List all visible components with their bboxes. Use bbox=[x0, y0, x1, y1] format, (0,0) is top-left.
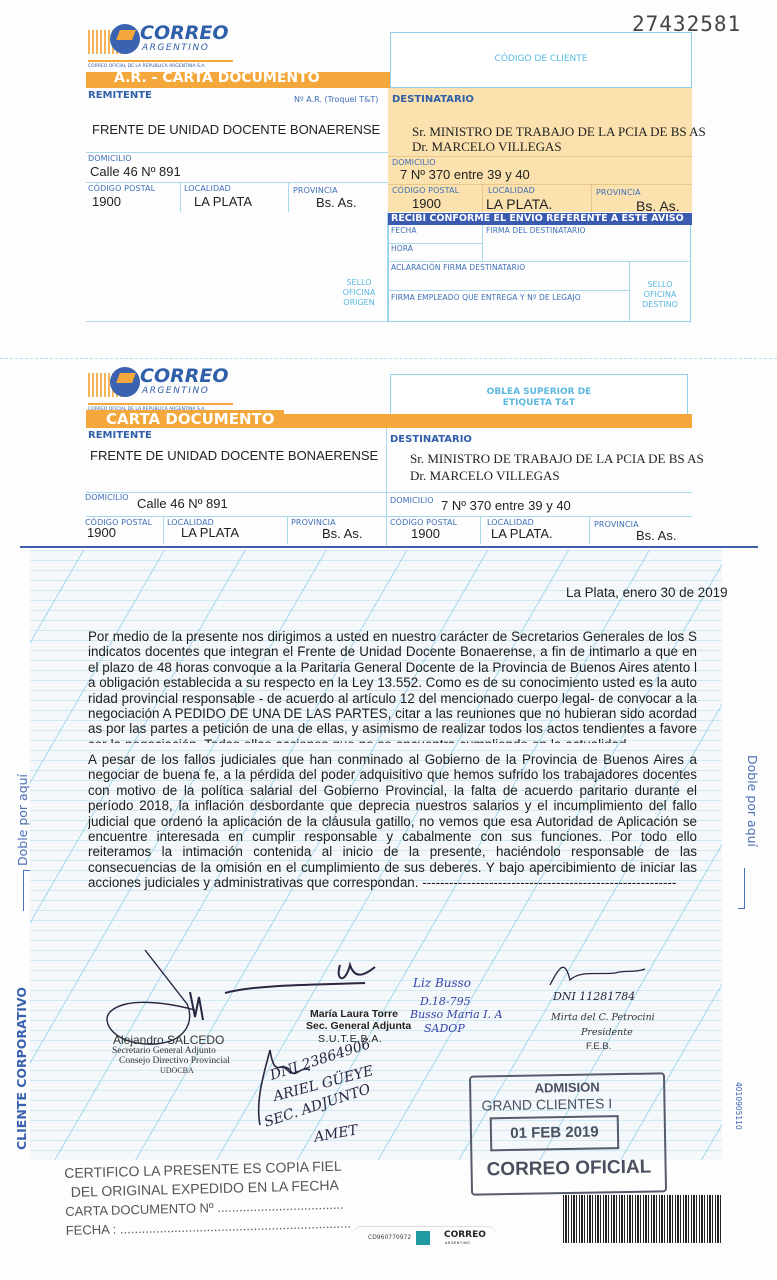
logo-subtitle: CORREO OFICIAL DE LA REPUBLICA ARGENTINA… bbox=[88, 60, 233, 69]
cd-rem-provincia: Bs. As. bbox=[322, 526, 362, 541]
sig-torre-title: Sec. General Adjunta bbox=[306, 1020, 411, 1032]
ar-remitente-name: FRENTE DE UNIDAD DOCENTE BONAERENSE bbox=[92, 122, 380, 137]
client-code-label: CÓDIGO DE CLIENTE bbox=[391, 54, 691, 64]
aclaracion-label: ACLARACIÓN FIRMA DESTINATARIO bbox=[391, 263, 525, 272]
ar-destinatario-line2: Dr. MARCELO VILLEGAS bbox=[412, 139, 562, 155]
sig-busso-1: Liz Busso bbox=[413, 976, 471, 990]
stamp-footer: CORREO OFICIAL bbox=[486, 1157, 651, 1182]
admission-stamp: ADMISION GRAND CLIENTES I 01 FEB 2019 CO… bbox=[469, 1072, 667, 1195]
cd-dest-localidad: LA PLATA. bbox=[491, 526, 553, 541]
ar-rem-domicilio-label: DOMICILIO bbox=[88, 154, 132, 163]
ar-rem-provincia: Bs. As. bbox=[316, 195, 356, 210]
fold-label-left: Doble por aquí bbox=[15, 774, 30, 866]
side-code-text: 4010905110 bbox=[734, 1082, 743, 1130]
cd-rem-cp: 1900 bbox=[87, 525, 116, 540]
sig-salcedo-org1: Consejo Directivo Provincial bbox=[119, 1056, 230, 1066]
ar-destinatario-line1: Sr. MINISTRO DE TRABAJO DE LA PCIA DE BS… bbox=[412, 124, 706, 140]
ar-dest-domicilio-label: DOMICILIO bbox=[392, 158, 436, 167]
stamp-line1: ADMISION bbox=[471, 1078, 663, 1096]
cd-rem-domicilio: Calle 46 Nº 891 bbox=[137, 496, 228, 511]
ar-dest-localidad-label: LOCALIDAD bbox=[488, 186, 535, 195]
cd-rem-domicilio-label: DOMICILIO bbox=[85, 493, 129, 502]
ar-dest-cp: 1900 bbox=[412, 196, 441, 211]
cd-rem-localidad: LA PLATA bbox=[181, 525, 239, 540]
ar-remitente-label: REMITENTE bbox=[88, 90, 152, 101]
firma-empleado-label: FIRMA EMPLEADO QUE ENTREGA Y Nº DE LEGAJ… bbox=[391, 293, 581, 302]
sig-petrocini-name: Mirta del C. Petrocini bbox=[551, 1012, 655, 1023]
stamp-date-box: 01 FEB 2019 bbox=[490, 1115, 620, 1151]
sello-origen-label: SELLO OFICINA ORIGEN bbox=[336, 278, 382, 308]
cd-dest-domicilio-label: DOMICILIO bbox=[390, 496, 434, 505]
sig-salcedo-name: Alejandro SALCEDO bbox=[113, 1033, 224, 1047]
fold-right-text: Doble por aquí bbox=[745, 755, 760, 847]
ar-title: A.R. - CARTA DOCUMENTO bbox=[114, 70, 320, 86]
letter-place-date: La Plata, enero 30 de 2019 bbox=[566, 585, 728, 600]
tracking-code: CD960770972 bbox=[368, 1234, 411, 1241]
ar-dest-provincia-label: PROVINCIA bbox=[596, 188, 641, 197]
fecha-field[interactable] bbox=[389, 234, 483, 243]
cd-dest-provincia-label: PROVINCIA bbox=[594, 520, 639, 529]
cd-destinatario-line2: Dr. MARCELO VILLEGAS bbox=[410, 468, 560, 484]
cd-remitente-name: FRENTE DE UNIDAD DOCENTE BONAERENSE bbox=[90, 448, 378, 463]
side-code: 4010905110 bbox=[734, 1082, 743, 1130]
ar-destinatario-label: DESTINATARIO bbox=[392, 94, 474, 105]
recibi-banner: RECIBI CONFORME EL ENVIO REFERENTE A EST… bbox=[388, 213, 692, 225]
logo-wordmark-sub: ARGENTINO bbox=[142, 386, 209, 396]
signature-petrocini bbox=[540, 955, 650, 995]
fold-bracket-right bbox=[738, 868, 745, 909]
sig-busso-3: Busso Maria I. A bbox=[410, 1008, 503, 1021]
cd-destinatario-label: DESTINATARIO bbox=[390, 434, 472, 445]
sig-petrocini-org: F.E.B. bbox=[586, 1041, 611, 1052]
ar-rem-localidad-label: LOCALIDAD bbox=[184, 184, 231, 193]
logo-globe-icon bbox=[110, 367, 140, 397]
sig-busso-4: SADOP bbox=[424, 1022, 465, 1035]
signature-torre bbox=[215, 955, 385, 1000]
recibi-banner-text: RECIBI CONFORME EL ENVIO REFERENTE A EST… bbox=[388, 213, 692, 225]
ar-rem-localidad: LA PLATA bbox=[194, 194, 252, 209]
logo-wordmark: CORREO bbox=[140, 22, 229, 44]
logo-wordmark: CORREO bbox=[140, 365, 229, 387]
sello-destino-label: SELLO OFICINA DESTINO bbox=[636, 280, 684, 310]
stamp-date: 01 FEB 2019 bbox=[492, 1117, 618, 1149]
sig-salcedo-title: Secretario General Adjunto bbox=[112, 1046, 216, 1056]
letter-paragraph-2: A pesar de los fallos judiciales que han… bbox=[88, 752, 697, 920]
footer-brand: CORREO bbox=[444, 1230, 486, 1240]
sig-torre-name: María Laura Torre bbox=[310, 1008, 398, 1020]
ar-rem-domicilio: Calle 46 Nº 891 bbox=[90, 164, 181, 179]
logo-globe-icon bbox=[110, 24, 140, 54]
certification-block: CERTIFICO LA PRESENTE ES COPIA FIEL DEL … bbox=[64, 1157, 351, 1240]
ar-dest-cp-label: CÓDIGO POSTAL bbox=[392, 186, 459, 195]
client-code-box[interactable]: CÓDIGO DE CLIENTE bbox=[390, 32, 692, 88]
ar-rem-provincia-label: PROVINCIA bbox=[293, 186, 338, 195]
fold-bracket-left bbox=[23, 870, 30, 911]
letter-paragraph-1: Por medio de la presente nos dirigimos a… bbox=[88, 629, 697, 743]
sig-busso-2: D.18-795 bbox=[420, 995, 471, 1008]
perforation-line bbox=[0, 358, 777, 359]
section-divider bbox=[20, 546, 758, 548]
barcode bbox=[563, 1195, 723, 1243]
ar-dest-localidad: LA PLATA. bbox=[486, 196, 552, 212]
correo-logo: CORREO ARGENTINO CORREO OFICIAL DE LA RE… bbox=[88, 24, 218, 68]
cd-destinatario-line1: Sr. MINISTRO DE TRABAJO DE LA PCIA DE BS… bbox=[410, 451, 704, 467]
cd-dest-provincia: Bs. As. bbox=[636, 528, 676, 543]
fold-left-text: Doble por aquí bbox=[15, 774, 30, 866]
stamp-line2: GRAND CLIENTES I bbox=[481, 1095, 612, 1113]
sig-petrocini-title: Presidente bbox=[581, 1027, 633, 1038]
ar-rem-cp: 1900 bbox=[92, 194, 121, 209]
ar-number-label: Nº A.R. (Troquel T&T) bbox=[294, 95, 378, 104]
footer-brand-sub: ARGENTINO bbox=[445, 1241, 470, 1245]
logo-wordmark-sub: ARGENTINO bbox=[142, 43, 209, 53]
sig-petrocini-dni: DNI 11281784 bbox=[553, 990, 635, 1003]
ar-dest-provincia: Bs. As. bbox=[636, 198, 680, 214]
cd-title: CARTA DOCUMENTO bbox=[106, 410, 275, 428]
oblea-label: OBLEA SUPERIOR DE ETIQUETA T&T bbox=[479, 387, 599, 409]
ar-dest-domicilio: 7 Nº 370 entre 39 y 40 bbox=[400, 167, 530, 182]
fold-label-right: Doble por aquí bbox=[745, 755, 760, 847]
cd-dest-domicilio: 7 Nº 370 entre 39 y 40 bbox=[441, 498, 571, 513]
footer-swatch bbox=[416, 1231, 430, 1245]
footer-tag: CD960770972 CORREO ARGENTINO bbox=[352, 1226, 497, 1253]
cd-dest-cp: 1900 bbox=[411, 526, 440, 541]
ar-rem-cp-label: CÓDIGO POSTAL bbox=[88, 184, 155, 193]
corporate-label: CLIENTE CORPORATIVO bbox=[14, 987, 29, 1150]
sig-salcedo-org2: UDOCBA bbox=[160, 1066, 194, 1075]
corporate-text: CLIENTE CORPORATIVO bbox=[14, 987, 29, 1150]
correo-logo-2: CORREO ARGENTINO CORREO OFICIAL DE LA RE… bbox=[88, 367, 218, 411]
cd-remitente-label: REMITENTE bbox=[88, 430, 152, 441]
hora-label: HORA bbox=[391, 244, 413, 253]
firma-destinatario-field[interactable] bbox=[483, 234, 689, 260]
